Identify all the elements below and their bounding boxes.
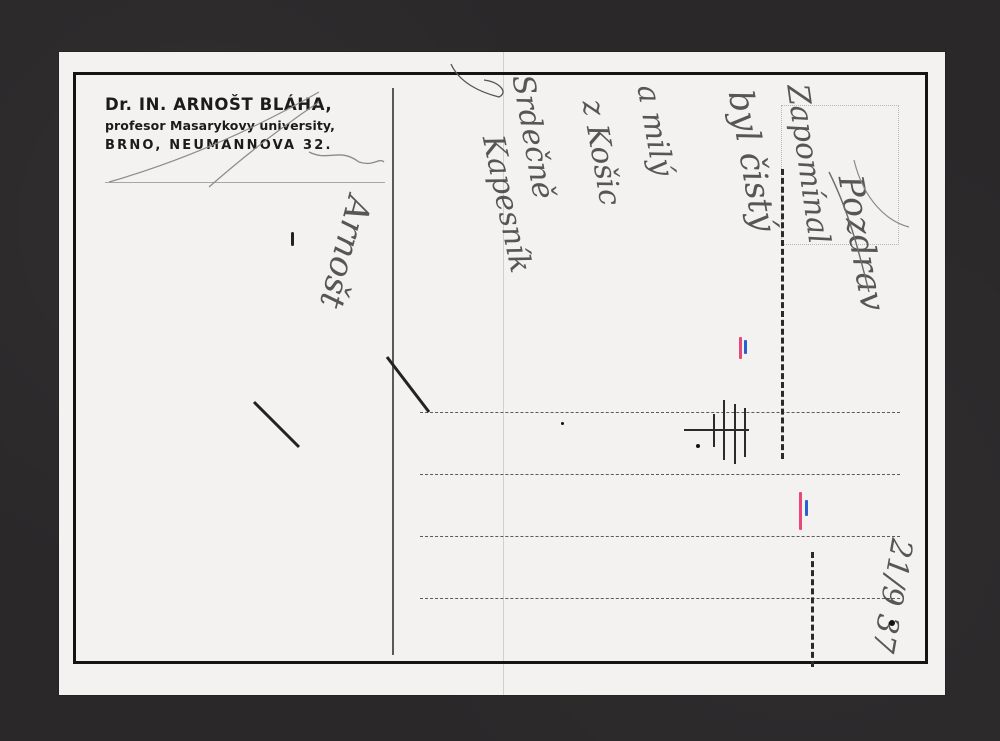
vertical-pencil-stroke (781, 169, 784, 459)
ink-dot-small-2 (696, 444, 700, 448)
ink-dot-small (561, 422, 564, 425)
blue-pencil-mark-2 (805, 500, 808, 516)
address-line-1 (420, 412, 900, 413)
sender-address: BRNO, NEUMANNOVA 32. (105, 136, 335, 156)
sender-name: Dr. IN. ARNOŠT BLÁHA, (105, 94, 335, 116)
sender-letterhead: Dr. IN. ARNOŠT BLÁHA, profesor Masarykov… (105, 94, 335, 156)
address-line-2 (420, 474, 900, 475)
postcard: Dr. IN. ARNOŠT BLÁHA, profesor Masarykov… (59, 52, 945, 695)
red-pencil-mark-2 (799, 492, 802, 530)
letterhead-rule (105, 182, 385, 183)
ink-dot (889, 620, 895, 626)
address-line-3 (420, 536, 900, 537)
address-line-4 (420, 598, 900, 599)
vertical-pencil-stroke-lower (811, 552, 814, 667)
sender-title: profesor Masarykovy university, (105, 116, 335, 136)
center-divider-line (392, 88, 394, 655)
red-pencil-mark (739, 337, 742, 359)
ink-tick-mark (291, 232, 294, 246)
blue-pencil-mark (744, 340, 747, 354)
